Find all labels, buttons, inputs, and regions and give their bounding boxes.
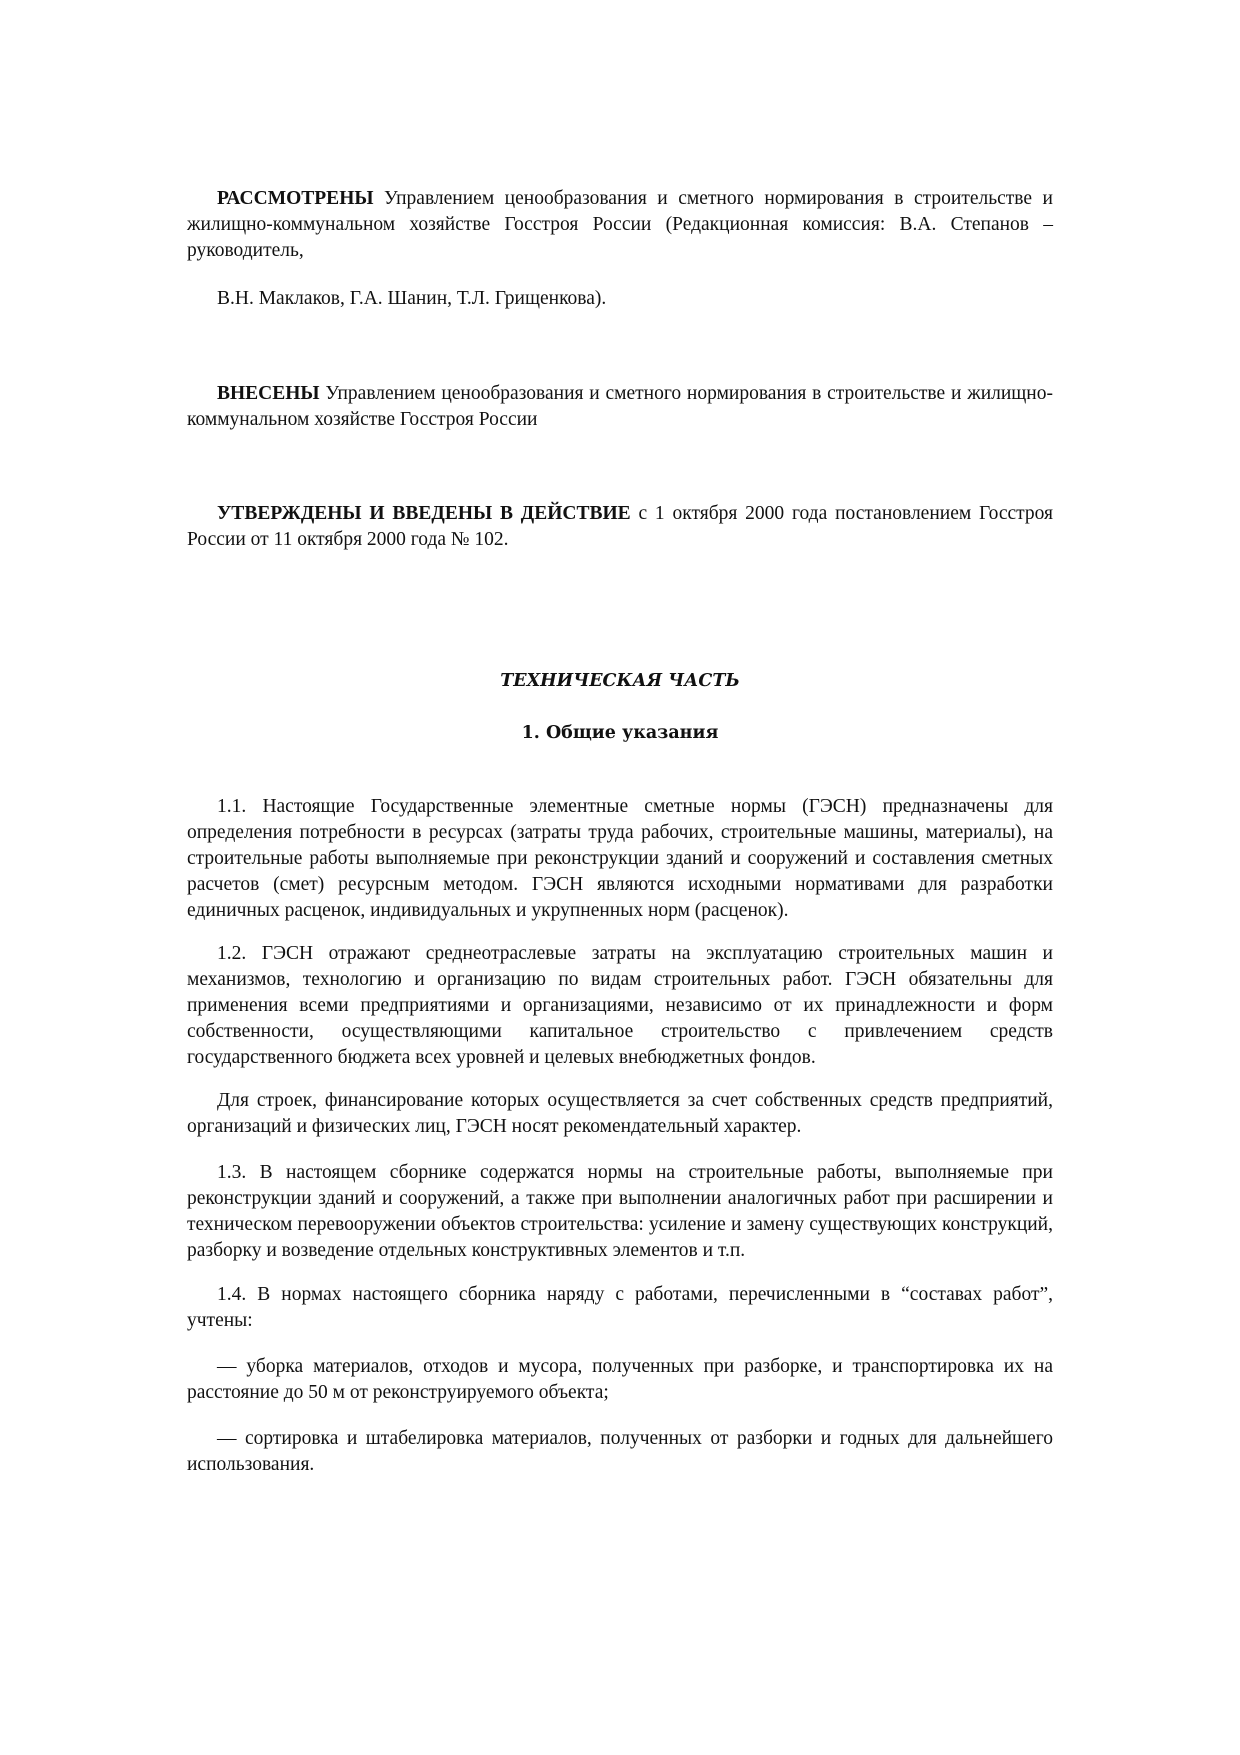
reviewed-paragraph: РАССМОТРЕНЫ Управлением ценообразования … [187, 186, 1053, 264]
subsection-title: 1. Общие указания [187, 720, 1053, 746]
reviewed-continuation: В.Н. Маклаков, Г.А. Шанин, Т.Л. Грищенко… [187, 286, 1053, 312]
paragraph-1-1: 1.1. Настоящие Государственные элементны… [187, 794, 1053, 924]
submitted-label: ВНЕСЕНЫ [217, 383, 320, 404]
list-item-sorting: — сортировка и штабелировка материалов, … [187, 1426, 1053, 1478]
list-item-cleanup: — уборка материалов, отходов и мусора, п… [187, 1354, 1053, 1406]
section-title: ТЕХНИЧЕСКАЯ ЧАСТЬ [187, 668, 1053, 694]
paragraph-1-3: 1.3. В настоящем сборнике содержатся нор… [187, 1160, 1053, 1264]
approved-label: УТВЕРЖДЕНЫ И ВВЕДЕНЫ В ДЕЙСТВИЕ [217, 503, 631, 524]
paragraph-note: Для строек, финансирование которых осуще… [187, 1088, 1053, 1140]
paragraph-1-2: 1.2. ГЭСН отражают среднеотраслевые затр… [187, 941, 1053, 1071]
submitted-paragraph: ВНЕСЕНЫ Управлением ценообразования и см… [187, 381, 1053, 433]
paragraph-1-4: 1.4. В нормах настоящего сборника наряду… [187, 1282, 1053, 1334]
reviewed-label: РАССМОТРЕНЫ [217, 188, 374, 209]
approved-paragraph: УТВЕРЖДЕНЫ И ВВЕДЕНЫ В ДЕЙСТВИЕ с 1 октя… [187, 501, 1053, 553]
